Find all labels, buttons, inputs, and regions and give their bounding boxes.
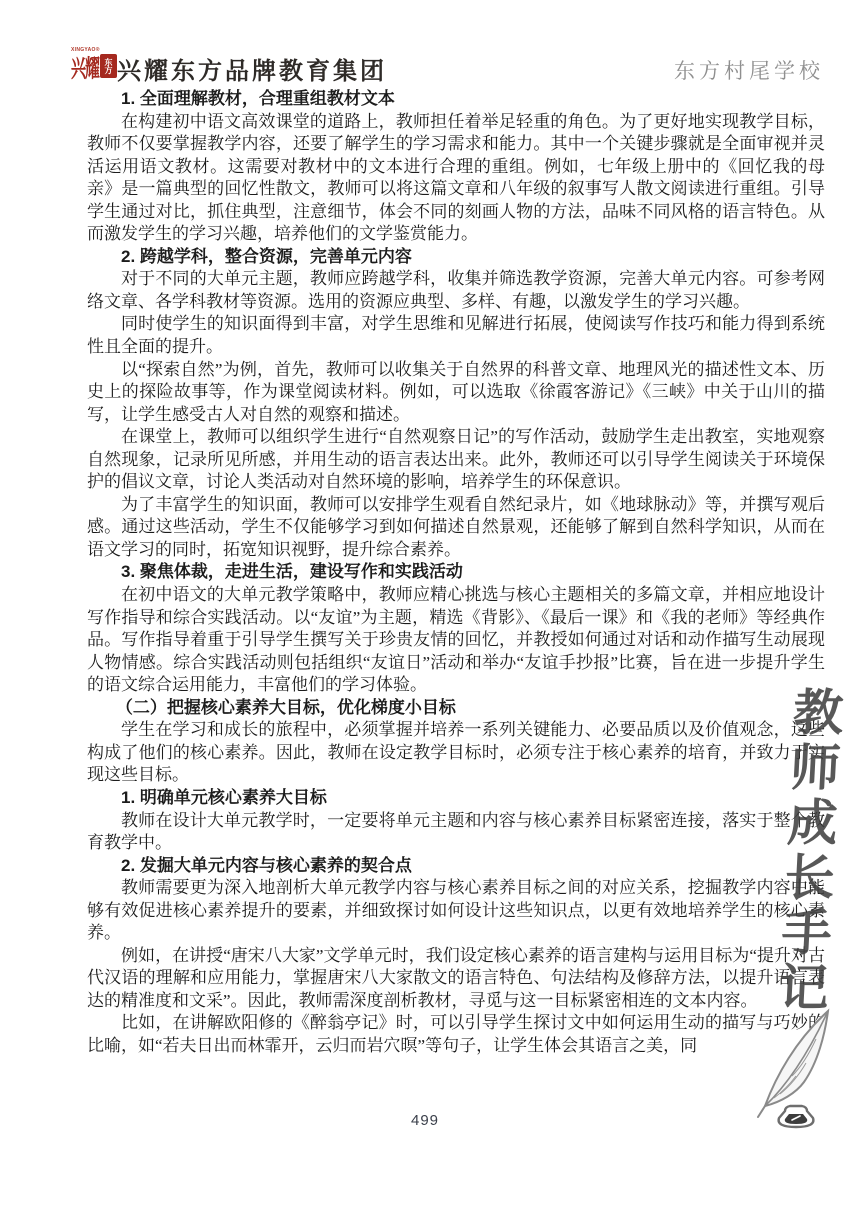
numbered-heading: 2. 发掘大单元内容与核心素养的契合点: [87, 855, 825, 878]
paragraph: 教师在设计大单元教学时，一定要将单元主题和内容与核心素养目标紧密连接，落实于整个…: [87, 810, 825, 855]
school-name: 东方村尾学校: [674, 55, 824, 85]
seal-left-characters: 兴耀: [71, 59, 99, 83]
paragraph: 例如，在讲授“唐宋八大家”文学单元时，我们设定核心素养的语言建构与运用目标为“提…: [87, 945, 825, 1013]
numbered-heading: 1. 全面理解教材，合理重组教材文本: [87, 88, 825, 111]
seal-romanized-text: XINGYAO®: [71, 47, 100, 53]
registered-mark: ®: [96, 47, 100, 53]
paragraph: 学生在学习和成长的旅程中，必须掌握并培养一系列关键能力、必要品质以及价值观念，这…: [87, 719, 825, 787]
section-heading: （二）把握核心素养大目标，优化梯度小目标: [87, 697, 825, 720]
paragraph: 同时使学生的知识面得到丰富，对学生思维和见解进行拓展，使阅读写作技巧和能力得到系…: [87, 313, 825, 358]
numbered-heading: 3. 聚焦体裁，走进生活，建设写作和实践活动: [87, 561, 825, 584]
brand-name: 兴耀东方品牌教育集团: [117, 51, 387, 86]
page-header: XINGYAO® 兴耀 东方 兴耀东方品牌教育集团 东方村尾学校: [0, 0, 850, 95]
seal-right-characters: 东方: [100, 54, 117, 78]
numbered-heading: 2. 跨越学科，整合资源，完善单元内容: [87, 246, 825, 269]
document-page: XINGYAO® 兴耀 东方 兴耀东方品牌教育集团 东方村尾学校 1. 全面理解…: [0, 0, 850, 1205]
paragraph: 在课堂上，教师可以组织学生进行“自然观察日记”的写作活动，鼓励学生走出教室，实地…: [87, 426, 825, 494]
document-content: 1. 全面理解教材，合理重组教材文本在构建初中语文高效课堂的道路上，教师担任着举…: [87, 88, 825, 1058]
paragraph: 在初中语文的大单元教学策略中，教师应精心挑选与核心主题相关的多篇文章，并相应地设…: [87, 584, 825, 697]
paragraph: 教师需要更为深入地剖析大单元教学内容与核心素养目标之间的对应关系，挖掘教学内容中…: [87, 877, 825, 945]
paragraph: 比如，在讲解欧阳修的《醉翁亭记》时，可以引导学生探讨文中如何运用生动的描写与巧妙…: [87, 1012, 825, 1057]
numbered-heading: 1. 明确单元核心素养大目标: [87, 787, 825, 810]
page-number: 499: [0, 1112, 850, 1129]
brand-seal-logo: XINGYAO® 兴耀 东方: [71, 47, 113, 92]
paragraph: 在构建初中语文高效课堂的道路上，教师担任着举足轻重的角色。为了更好地实现教学目标…: [87, 111, 825, 246]
paragraph: 为了丰富学生的知识面，教师可以安排学生观看自然纪录片，如《地球脉动》等，并撰写观…: [87, 494, 825, 562]
paragraph: 对于不同的大单元主题，教师应跨越学科，收集并筛选教学资源，完善大单元内容。可参考…: [87, 268, 825, 313]
paragraph: 以“探索自然”为例，首先，教师可以收集关于自然界的科普文章、地理风光的描述性文本…: [87, 359, 825, 427]
seal-graphic: 兴耀 东方: [71, 54, 117, 78]
